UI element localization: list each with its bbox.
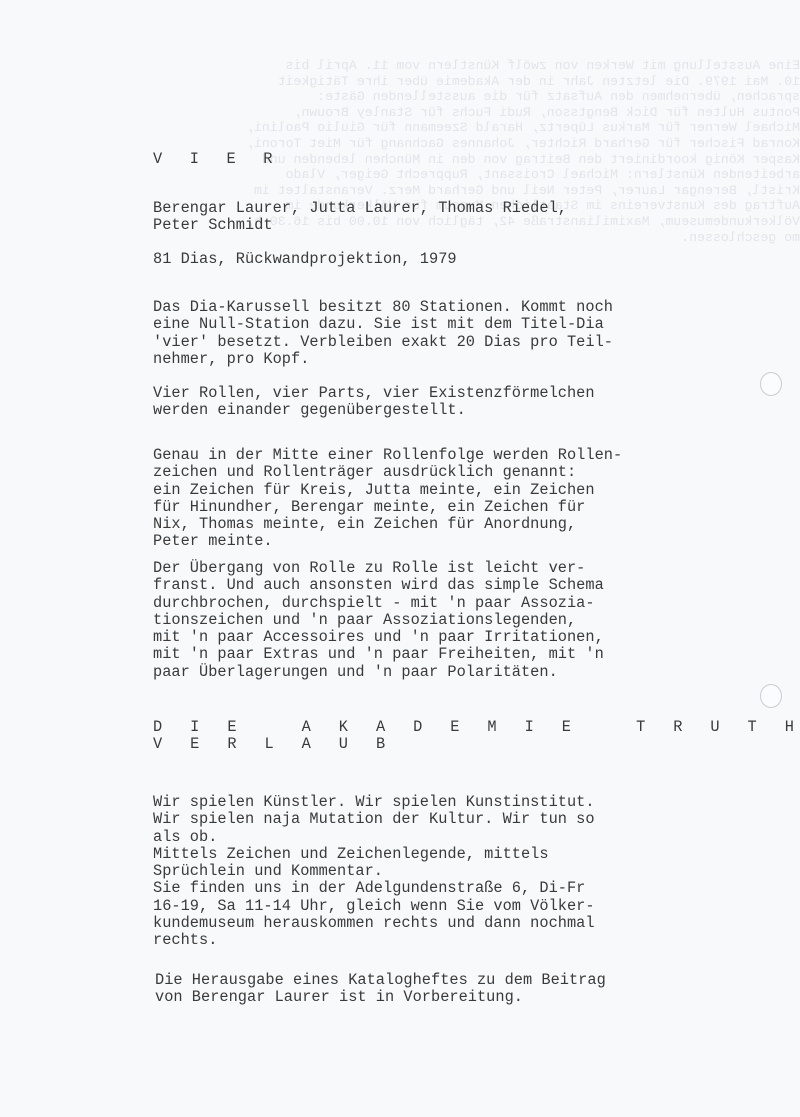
paragraph-kuenstler: Wir spielen Künstler. Wir spielen Kunsti… — [153, 794, 595, 950]
authors: Berengar Laurer, Jutta Laurer, Thomas Ri… — [153, 200, 567, 235]
work-details: 81 Dias, Rückwandprojektion, 1979 — [153, 251, 457, 268]
punch-hole-icon — [760, 372, 782, 396]
section-heading-vier: V I E R — [153, 151, 282, 168]
section-heading-akademie: D I E A K A D E M I E T R U T H A H N M … — [153, 719, 800, 754]
catalog-note: Die Herausgabe eines Katalogheftes zu de… — [155, 972, 606, 1007]
punch-hole-icon — [760, 684, 782, 708]
document-page: Eine Ausstellung mit Werken von zwölf Kü… — [0, 0, 800, 1117]
paragraph-dia-karussell: Das Dia-Karussell besitzt 80 Stationen. … — [153, 299, 613, 368]
paragraph-vier-rollen: Vier Rollen, vier Parts, vier Existenzfö… — [153, 385, 595, 420]
paragraph-rollenfolge: Genau in der Mitte einer Rollenfolge wer… — [153, 447, 622, 551]
paragraph-uebergang: Der Übergang von Rolle zu Rolle ist leic… — [153, 560, 604, 681]
